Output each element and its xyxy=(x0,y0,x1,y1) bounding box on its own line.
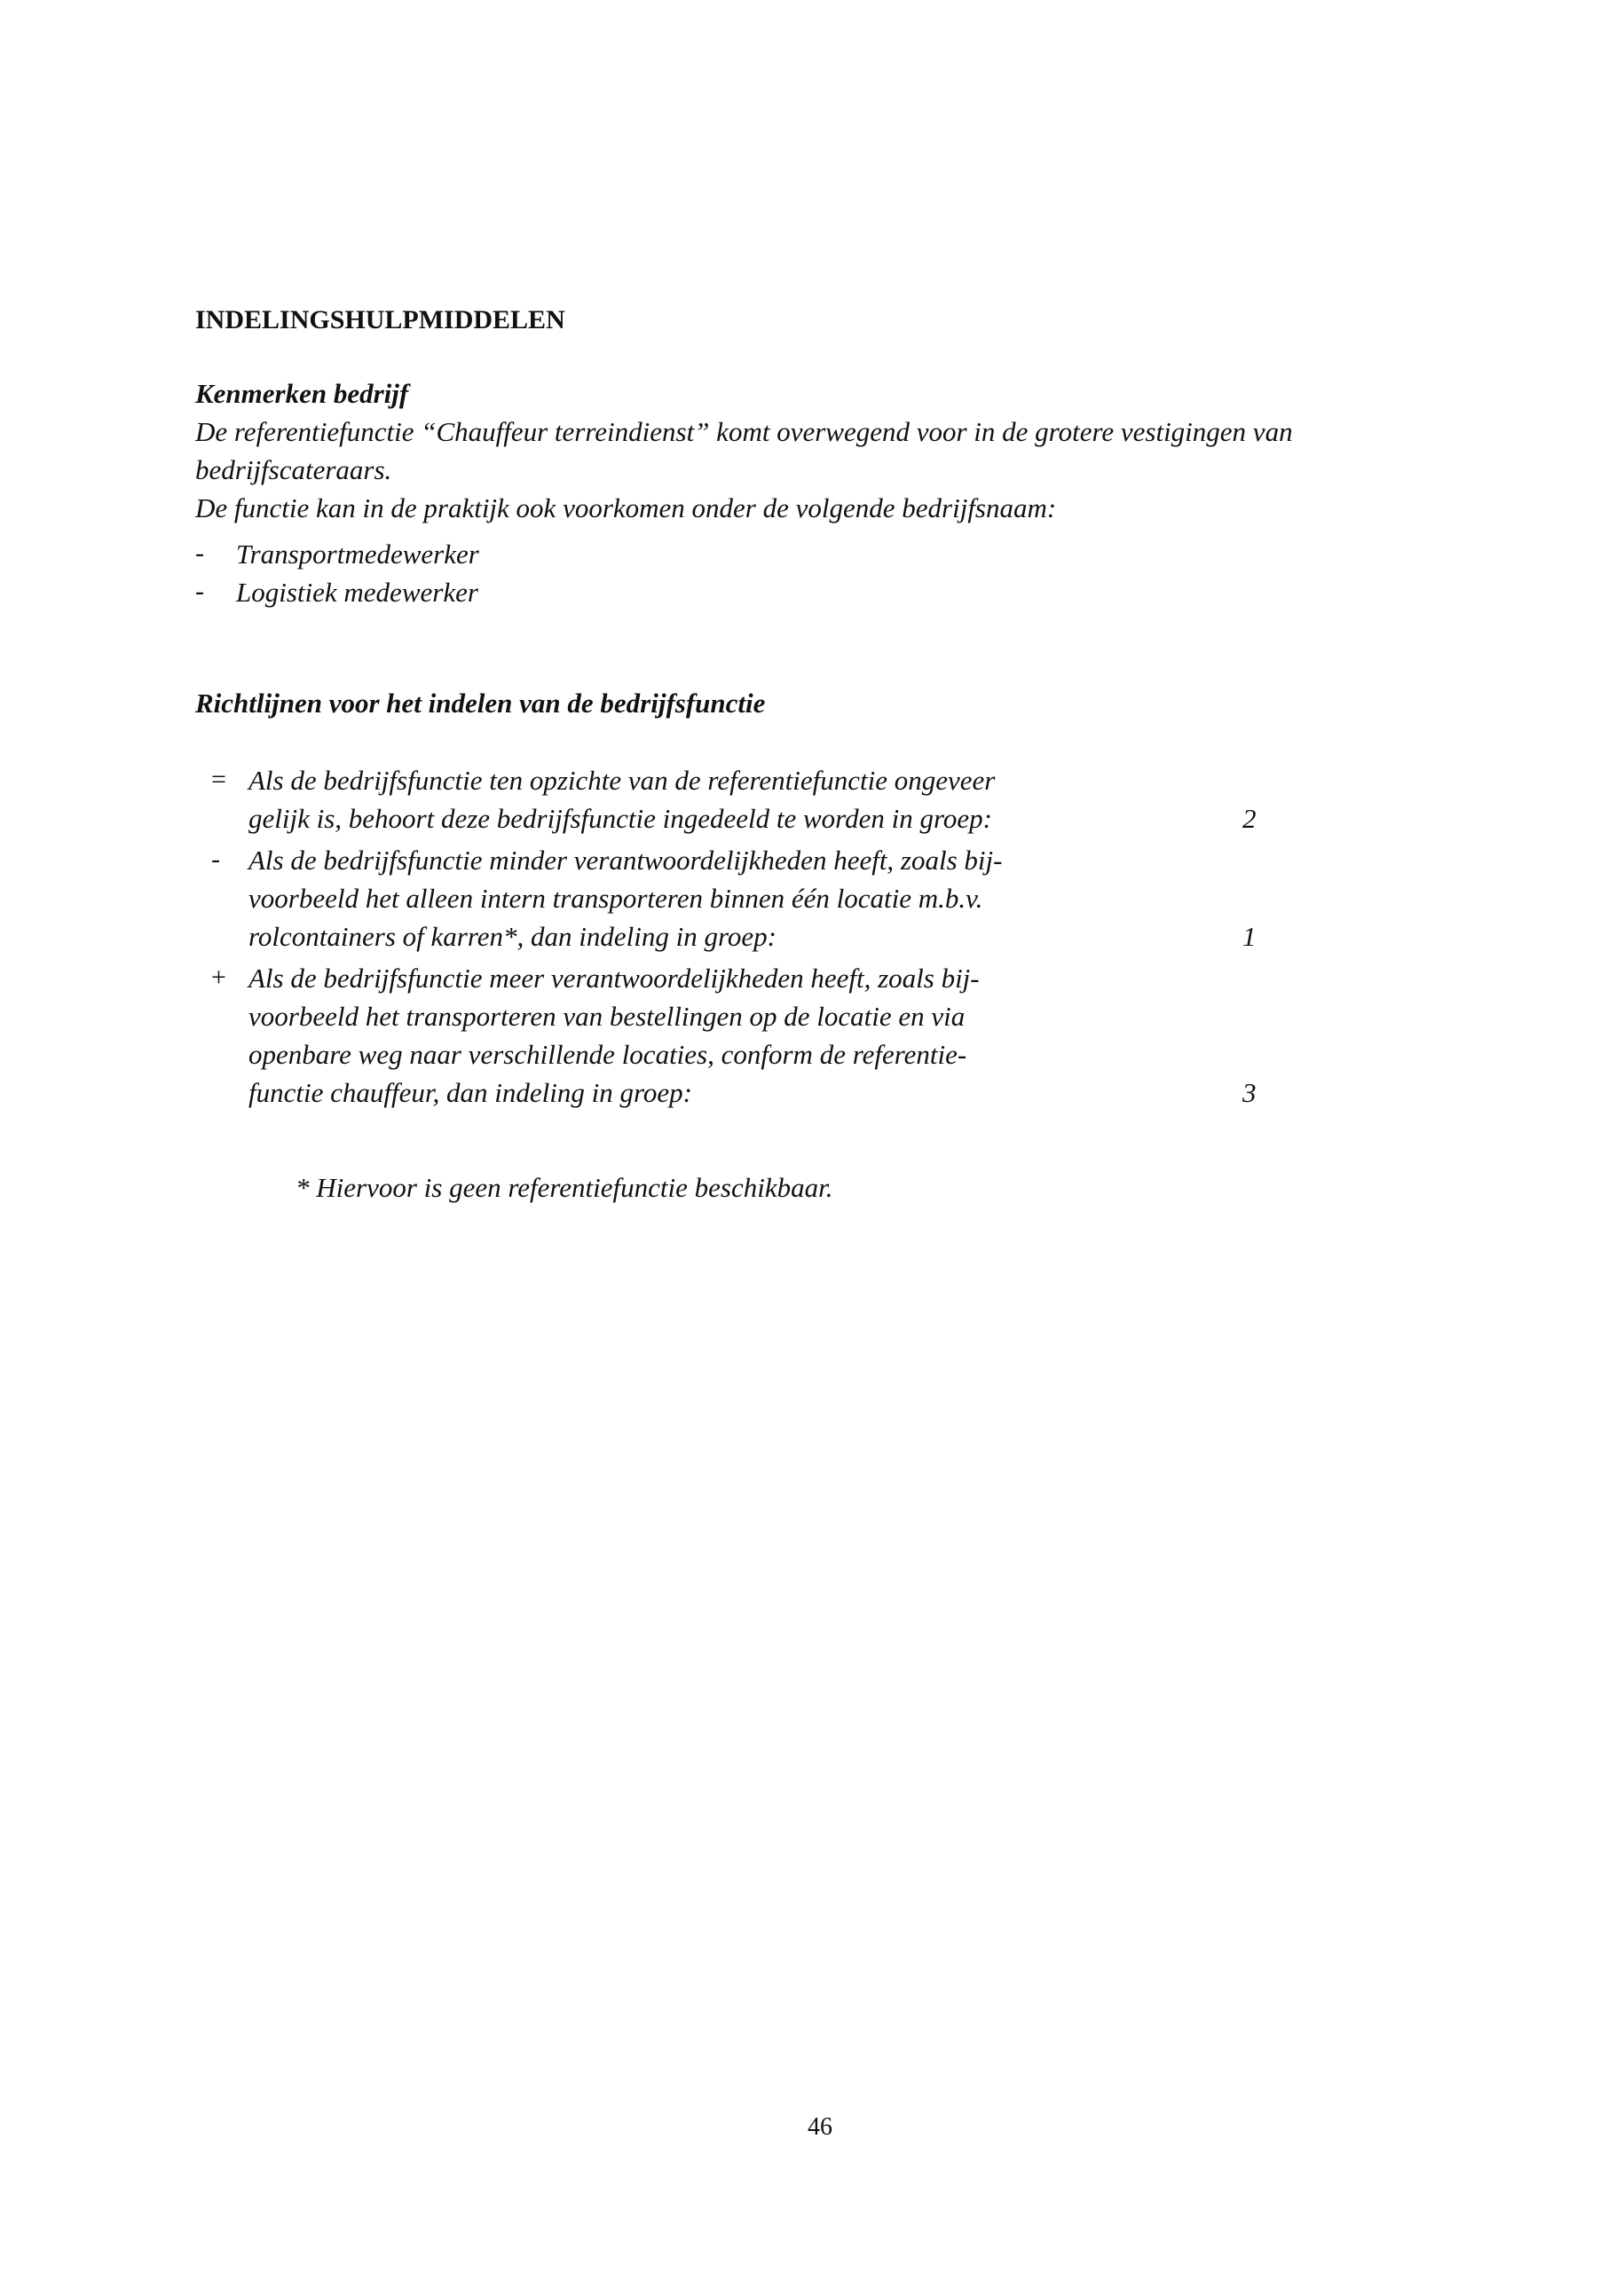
kenmerken-line: bedrijfscateraars. xyxy=(195,454,391,486)
group-number: 3 xyxy=(1242,1077,1257,1109)
bullet-marker: - xyxy=(195,577,204,607)
kenmerken-line: De functie kan in de praktijk ook voorko… xyxy=(195,492,1056,524)
guideline-line: gelijk is, behoort deze bedrijfsfunctie … xyxy=(248,803,992,835)
guideline-line: Als de bedrijfsfunctie meer verantwoorde… xyxy=(248,963,980,995)
guideline-line: rolcontainers of karren*, dan indeling i… xyxy=(248,921,777,953)
group-number: 1 xyxy=(1242,921,1257,953)
section-title-richtlijnen: Richtlijnen voor het indelen van de bedr… xyxy=(195,688,765,719)
guideline-line: voorbeeld het transporteren van bestelli… xyxy=(248,1001,965,1033)
equal-symbol: = xyxy=(211,765,226,795)
guideline-line: functie chauffeur, dan indeling in groep… xyxy=(248,1077,692,1109)
page-heading: INDELINGSHULPMIDDELEN xyxy=(195,305,565,335)
kenmerken-line: De referentiefunctie “Chauffeur terreind… xyxy=(195,416,1293,448)
guideline-line: openbare weg naar verschillende locaties… xyxy=(248,1039,966,1071)
section-title-kenmerken: Kenmerken bedrijf xyxy=(195,378,408,410)
group-number: 2 xyxy=(1242,803,1257,835)
guideline-line: Als de bedrijfsfunctie minder verantwoor… xyxy=(248,845,1002,877)
footnote: * Hiervoor is geen referentiefunctie bes… xyxy=(296,1172,832,1204)
page-number: 46 xyxy=(808,2113,832,2142)
plus-symbol: + xyxy=(211,963,226,993)
bullet-item: Logistiek medewerker xyxy=(236,577,478,609)
minus-symbol: - xyxy=(211,845,220,875)
bullet-marker: - xyxy=(195,539,204,569)
guideline-line: voorbeeld het alleen intern transportere… xyxy=(248,883,982,915)
guideline-line: Als de bedrijfsfunctie ten opzichte van … xyxy=(248,765,995,797)
bullet-item: Transportmedewerker xyxy=(236,539,479,570)
